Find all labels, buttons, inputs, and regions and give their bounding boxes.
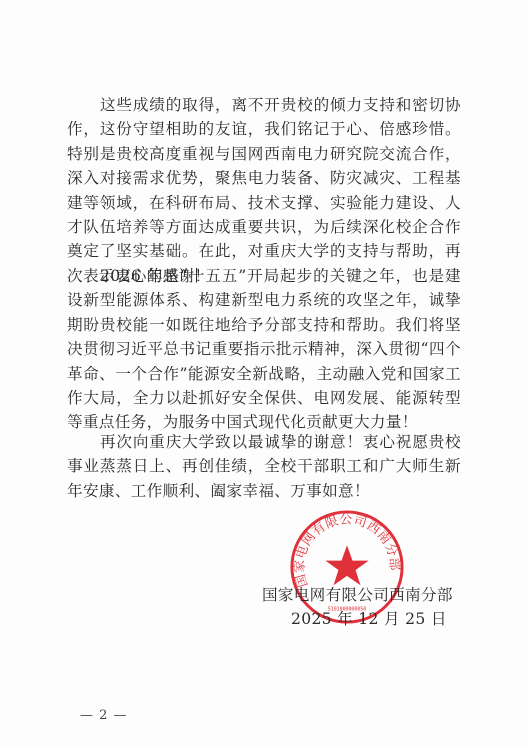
- signature-organization: 国家电网有限公司西南分部: [262, 583, 453, 605]
- signature-date: 2025 年 12 月 25 日: [291, 607, 447, 629]
- page-number: — 2 —: [80, 708, 128, 723]
- paragraph-wishes: 再次向重庆大学致以最诚挚的谢意！衷心祝愿贵校事业蒸蒸日上、再创佳绩，全校干部职工…: [67, 430, 461, 503]
- document-page: 这些成绩的取得，离不开贵校的倾力支持和密切协作，这份守望相助的友谊，我们铭记于心…: [0, 0, 529, 746]
- paragraph-outlook: 2026 年是“十五五”开局起步的关键之年，也是建设新型能源体系、构建新型电力系…: [67, 264, 461, 435]
- paragraph-gratitude: 这些成绩的取得，离不开贵校的倾力支持和密切协作，这份守望相助的友谊，我们铭记于心…: [67, 93, 461, 288]
